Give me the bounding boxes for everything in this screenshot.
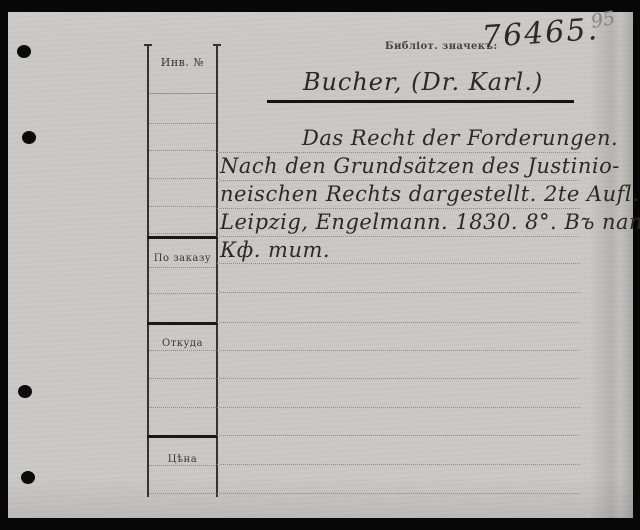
handwritten-line: Leipzig, Engelmann. 1830. 8°. Въ папкѣ,: [220, 210, 640, 234]
punch-hole: [17, 45, 31, 58]
ruled-line: [217, 350, 580, 351]
ruled-line: [217, 236, 580, 237]
table-row-rule: [149, 123, 216, 124]
table-section-rule: [147, 435, 218, 438]
punch-hole: [18, 385, 32, 398]
ruled-line: [217, 180, 580, 181]
ruled-line: [217, 322, 580, 323]
ruled-line: [217, 152, 580, 153]
table-row-rule: [149, 233, 216, 234]
ruled-line: [217, 435, 580, 436]
ruled-line: [217, 378, 580, 379]
table-row-rule: [149, 178, 216, 179]
table-vertical-rule: [147, 45, 149, 497]
table-section-rule: [147, 322, 218, 325]
table-row-rule: [149, 93, 216, 94]
column-label-inventory-number: Инв. №: [148, 56, 217, 70]
table-row-rule: [149, 407, 216, 408]
ruled-line: [217, 263, 580, 264]
table-row-rule: [149, 293, 216, 294]
handwritten-line: Кф. тит.: [220, 238, 330, 262]
catalog-card: Инв. № По заказу Откуда Цѣна Библіот. зн…: [8, 12, 633, 518]
punch-hole: [22, 131, 36, 144]
ruled-line: [217, 292, 580, 293]
stamp-label: Библіот. значекъ:: [385, 41, 498, 52]
ruled-line: [217, 464, 580, 465]
author-underline: [267, 100, 574, 103]
table-vertical-rule: [216, 45, 218, 497]
ruled-line: [217, 493, 580, 494]
table-row-rule: [149, 493, 216, 494]
table-row-rule: [149, 206, 216, 207]
shelf-number: 76465.: [481, 12, 600, 55]
column-label-by-order: По заказу: [148, 252, 217, 266]
table-section-rule: [147, 236, 218, 239]
handwritten-line: Nach den Grundsätzen des Justinio-: [220, 154, 620, 178]
table-row-rule: [149, 150, 216, 151]
column-label-from-where: Откуда: [148, 337, 217, 351]
table-row-rule: [149, 378, 216, 379]
column-label-price: Цѣна: [148, 453, 217, 467]
scan-background: Инв. № По заказу Откуда Цѣна Библіот. зн…: [0, 0, 640, 530]
page-number-pencil: 95: [589, 7, 617, 33]
table-row-rule: [149, 267, 216, 268]
ruled-line: [217, 208, 580, 209]
ruled-line: [217, 407, 580, 408]
handwritten-line: Das Recht der Forderungen.: [302, 126, 618, 150]
author-heading: Bucher, (Dr. Karl.): [268, 68, 578, 96]
punch-hole: [21, 471, 35, 484]
handwritten-line: neischen Rechts dargestellt. 2te Aufl.: [220, 182, 639, 206]
